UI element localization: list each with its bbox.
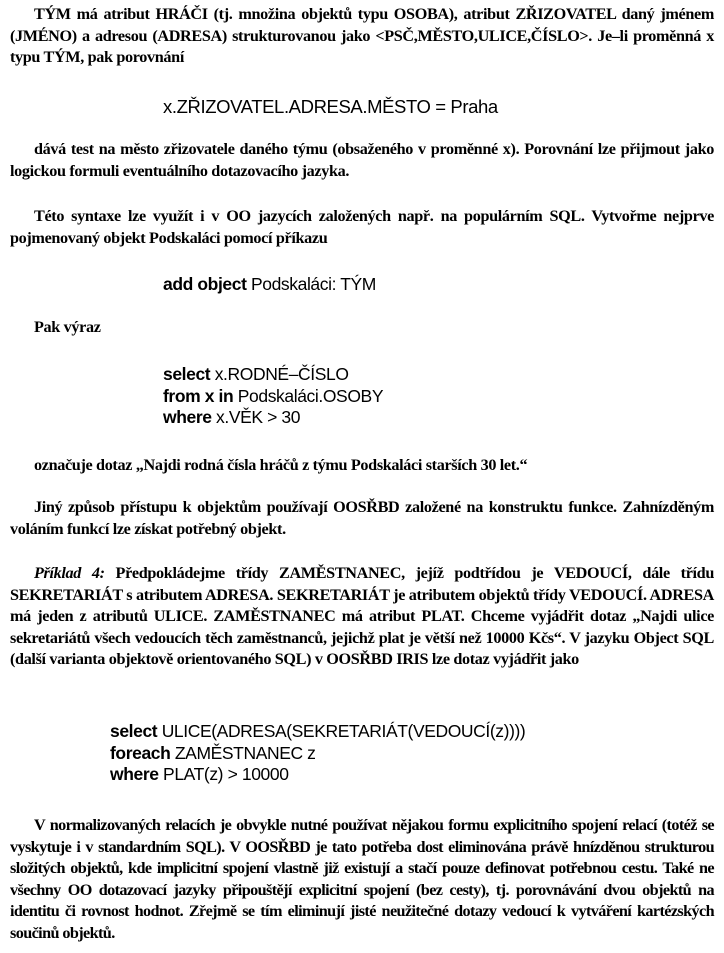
code-line-where: where PLAT(z) > 10000 <box>110 764 525 786</box>
code-text: x.RODNÉ–ČÍSLO <box>210 364 348 384</box>
paragraph-text: TÝM má atribut HRÁČI (tj. množina objekt… <box>10 5 714 66</box>
code-text: PLAT(z) > 10000 <box>159 764 289 784</box>
code-keyword: select <box>110 721 157 741</box>
paragraph-query-meaning: označuje dotaz „Najdi rodná čísla hráčů … <box>10 455 714 477</box>
code-text: x.VĚK > 30 <box>212 407 301 427</box>
code-keyword: foreach <box>110 743 170 763</box>
paragraph-comparison-test: dává test na město zřizovatele daného tý… <box>10 139 714 182</box>
example-label: Příklad 4: <box>34 564 105 582</box>
code-add-object: add object Podskaláci: TÝM <box>163 274 376 296</box>
code-line-where: where x.VĚK > 30 <box>163 407 383 429</box>
code-line-select: select ULICE(ADRESA(SEKRETARIÁT(VEDOUCÍ(… <box>110 721 525 743</box>
code-line-foreach: foreach ZAMĚSTNANEC z <box>110 743 525 765</box>
code-keyword: add object <box>163 274 247 294</box>
code-text: ULICE(ADRESA(SEKRETARIÁT(VEDOUCÍ(z)))) <box>157 721 525 741</box>
paragraph-oo-sql-syntax: Této syntaxe lze využít i v OO jazycích … <box>10 206 714 249</box>
code-keyword: select <box>163 364 210 384</box>
paragraph-team-attributes: TÝM má atribut HRÁČI (tj. množina objekt… <box>10 4 714 69</box>
formula-text: x.ZŘIZOVATEL.ADRESA.MĚSTO = Praha <box>163 96 498 117</box>
paragraph-text: Jiný způsob přístupu k objektům používaj… <box>10 498 714 538</box>
paragraph-text: označuje dotaz „Najdi rodná čísla hráčů … <box>34 456 527 474</box>
paragraph-text: V normalizovaných relacích je obvykle nu… <box>10 816 714 942</box>
document-page: TÝM má atribut HRÁČI (tj. množina objekt… <box>0 0 724 953</box>
paragraph-function-construct: Jiný způsob přístupu k objektům používaj… <box>10 497 714 540</box>
code-keyword: where <box>110 764 159 784</box>
paragraph-text: dává test na město zřizovatele daného tý… <box>10 140 714 180</box>
code-text: Podskaláci.OSOBY <box>233 386 383 406</box>
code-line-select: select x.RODNÉ–ČÍSLO <box>163 364 383 386</box>
paragraph-normalized-relations: V normalizovaných relacích je obvykle nu… <box>10 815 714 944</box>
formula-city-comparison: x.ZŘIZOVATEL.ADRESA.MĚSTO = Praha <box>163 96 498 118</box>
code-query-object-sql: select ULICE(ADRESA(SEKRETARIÁT(VEDOUCÍ(… <box>110 721 525 786</box>
code-text: ZAMĚSTNANEC z <box>170 743 315 763</box>
paragraph-expression-intro: Pak výraz <box>10 317 714 339</box>
code-line-from: from x in Podskaláci.OSOBY <box>163 386 383 408</box>
code-keyword: from x in <box>163 386 233 406</box>
code-query-select-from-where: select x.RODNÉ–ČÍSLO from x in Podskalác… <box>163 364 383 429</box>
paragraph-text: Pak výraz <box>34 318 101 336</box>
code-text: Podskaláci: TÝM <box>247 274 376 294</box>
paragraph-example-4: Příklad 4: Předpokládejme třídy ZAMĚSTNA… <box>10 563 714 671</box>
paragraph-text: Předpokládejme třídy ZAMĚSTNANEC, jejíž … <box>10 564 714 668</box>
code-keyword: where <box>163 407 212 427</box>
paragraph-text: Této syntaxe lze využít i v OO jazycích … <box>10 207 714 247</box>
